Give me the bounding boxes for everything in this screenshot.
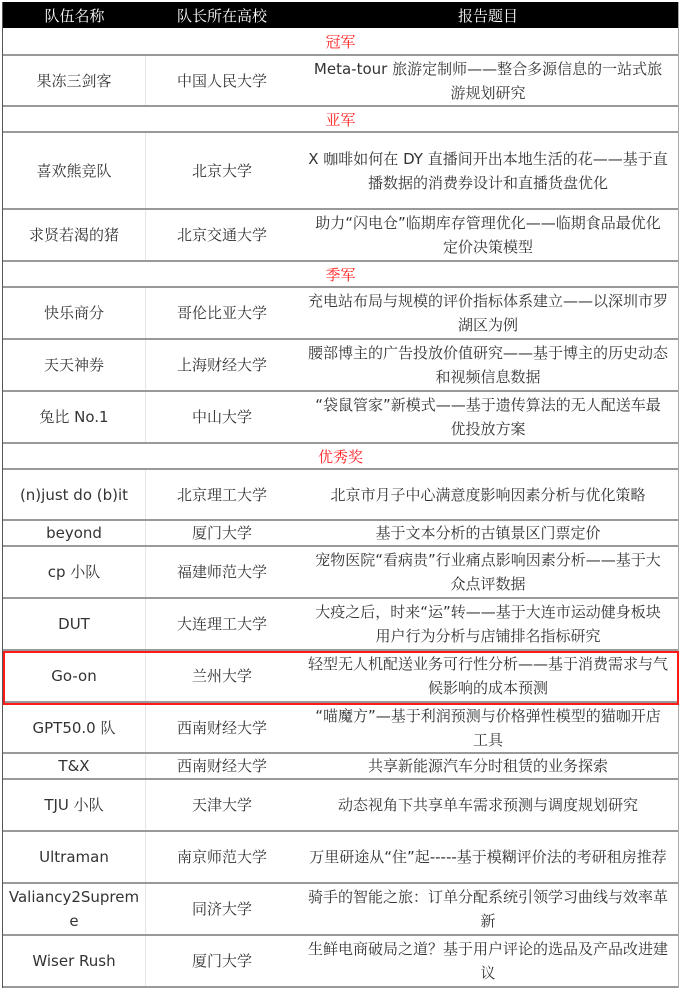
table-row: 求贤若渴的猪 北京交通大学 助力“闪电仓”临期库存管理优化——临期食品最优化定价… [3, 210, 678, 262]
report-title: 助力“闪电仓”临期库存管理优化——临期食品最优化定价决策模型 [298, 210, 678, 260]
header-team: 队伍名称 [3, 2, 146, 28]
school-name: 西南财经大学 [146, 703, 298, 752]
team-name: Go-on [3, 651, 146, 701]
team-name: 果冻三剑客 [3, 56, 146, 105]
school-name: 上海财经大学 [146, 340, 298, 390]
report-title: 生鲜电商破局之道？基于用户评论的选品及产品改进建议 [298, 936, 678, 986]
section-third-place: 季军 [3, 262, 678, 288]
table-row: Wiser Rush 厦门大学 生鲜电商破局之道？基于用户评论的选品及产品改进建… [3, 936, 678, 988]
report-title: X 咖啡如何在 DY 直播间开出本地生活的花——基于直播数据的消费券设计和直播货… [298, 133, 678, 208]
report-title: 北京市月子中心满意度影响因素分析与优化策略 [298, 470, 678, 519]
report-title: “袋鼠管家”新模式——基于遗传算法的无人配送车最优投放方案 [298, 392, 678, 442]
team-name: 求贤若渴的猪 [3, 210, 146, 260]
school-name: 中国人民大学 [146, 56, 298, 105]
table-row-highlighted: Go-on 兰州大学 轻型无人机配送业务可行性分析——基于消费需求与气候影响的成… [3, 651, 678, 703]
table-row: 果冻三剑客 中国人民大学 Meta-tour 旅游定制师——整合多源信息的一站式… [3, 56, 678, 107]
table-row: Valiancy2Supreme 同济大学 骑手的智能之旅：订单分配系统引领学习… [3, 884, 678, 936]
table-row: (n)just do (b)it 北京理工大学 北京市月子中心满意度影响因素分析… [3, 470, 678, 521]
table-row: 快乐商分 哥伦比亚大学 充电站布局与规模的评价指标体系建立——以深圳市罗湖区为例 [3, 288, 678, 340]
report-title: 骑手的智能之旅：订单分配系统引领学习曲线与效率革新 [298, 884, 678, 934]
report-title: “喵魔方”—基于利润预测与价格弹性模型的猫咖开店工具 [298, 703, 678, 752]
team-name: 兔比 No.1 [3, 392, 146, 442]
table-row: DUT 大连理工大学 大疫之后，时来“运”转——基于大连市运动健身板块用户行为分… [3, 599, 678, 651]
table-row: cp 小队 福建师范大学 宠物医院“看病贵”行业痛点影响因素分析——基于大众点评… [3, 547, 678, 599]
header-school: 队长所在高校 [146, 2, 298, 28]
school-name: 北京大学 [146, 133, 298, 208]
table-row: TJU 小队 天津大学 动态视角下共享单车需求预测与调度规划研究 [3, 780, 678, 832]
header-title: 报告题目 [298, 2, 678, 28]
report-title: 基于文本分析的古镇景区门票定价 [298, 521, 678, 545]
section-excellence: 优秀奖 [3, 444, 678, 470]
table-row: beyond 厦门大学 基于文本分析的古镇景区门票定价 [3, 521, 678, 547]
table-row: GPT50.0 队 西南财经大学 “喵魔方”—基于利润预测与价格弹性模型的猫咖开… [3, 703, 678, 754]
report-title: 宠物医院“看病贵”行业痛点影响因素分析——基于大众点评数据 [298, 547, 678, 597]
awards-table: 队伍名称 队长所在高校 报告题目 冠军 果冻三剑客 中国人民大学 Meta-to… [2, 2, 679, 988]
table-header: 队伍名称 队长所在高校 报告题目 [3, 2, 678, 28]
school-name: 中山大学 [146, 392, 298, 442]
table-row: Ultraman 南京师范大学 万里研途从“住”起-----基于模糊评价法的考研… [3, 832, 678, 884]
team-name: 快乐商分 [3, 288, 146, 338]
report-title: 共享新能源汽车分时租赁的业务探索 [298, 754, 678, 778]
report-title: 充电站布局与规模的评价指标体系建立——以深圳市罗湖区为例 [298, 288, 678, 338]
section-runner-up: 亚军 [3, 107, 678, 133]
team-name: cp 小队 [3, 547, 146, 597]
school-name: 厦门大学 [146, 936, 298, 986]
section-champion: 冠军 [3, 28, 678, 56]
school-name: 西南财经大学 [146, 754, 298, 778]
team-name: Wiser Rush [3, 936, 146, 986]
team-name: Ultraman [3, 832, 146, 882]
team-name: TJU 小队 [3, 780, 146, 830]
table-row: 天天神券 上海财经大学 腰部博主的广告投放价值研究——基于博主的历史动态和视频信… [3, 340, 678, 392]
school-name: 北京交通大学 [146, 210, 298, 260]
team-name: T&X [3, 754, 146, 778]
team-name: 喜欢熊竞队 [3, 133, 146, 208]
team-name: Valiancy2Supreme [3, 884, 146, 934]
table-row: T&X 西南财经大学 共享新能源汽车分时租赁的业务探索 [3, 754, 678, 780]
school-name: 北京理工大学 [146, 470, 298, 519]
school-name: 兰州大学 [146, 651, 298, 701]
school-name: 福建师范大学 [146, 547, 298, 597]
team-name: beyond [3, 521, 146, 545]
school-name: 南京师范大学 [146, 832, 298, 882]
school-name: 大连理工大学 [146, 599, 298, 649]
team-name: (n)just do (b)it [3, 470, 146, 519]
school-name: 同济大学 [146, 884, 298, 934]
report-title: 动态视角下共享单车需求预测与调度规划研究 [298, 780, 678, 830]
school-name: 天津大学 [146, 780, 298, 830]
report-title: 大疫之后，时来“运”转——基于大连市运动健身板块用户行为分析与店铺排名指标研究 [298, 599, 678, 649]
table-row: 喜欢熊竞队 北京大学 X 咖啡如何在 DY 直播间开出本地生活的花——基于直播数… [3, 133, 678, 210]
report-title: 腰部博主的广告投放价值研究——基于博主的历史动态和视频信息数据 [298, 340, 678, 390]
report-title: 万里研途从“住”起-----基于模糊评价法的考研租房推荐 [298, 832, 678, 882]
team-name: GPT50.0 队 [3, 703, 146, 752]
school-name: 哥伦比亚大学 [146, 288, 298, 338]
report-title: 轻型无人机配送业务可行性分析——基于消费需求与气候影响的成本预测 [298, 651, 678, 701]
table-row: 兔比 No.1 中山大学 “袋鼠管家”新模式——基于遗传算法的无人配送车最优投放… [3, 392, 678, 444]
report-title: Meta-tour 旅游定制师——整合多源信息的一站式旅游规划研究 [298, 56, 678, 105]
school-name: 厦门大学 [146, 521, 298, 545]
team-name: DUT [3, 599, 146, 649]
team-name: 天天神券 [3, 340, 146, 390]
